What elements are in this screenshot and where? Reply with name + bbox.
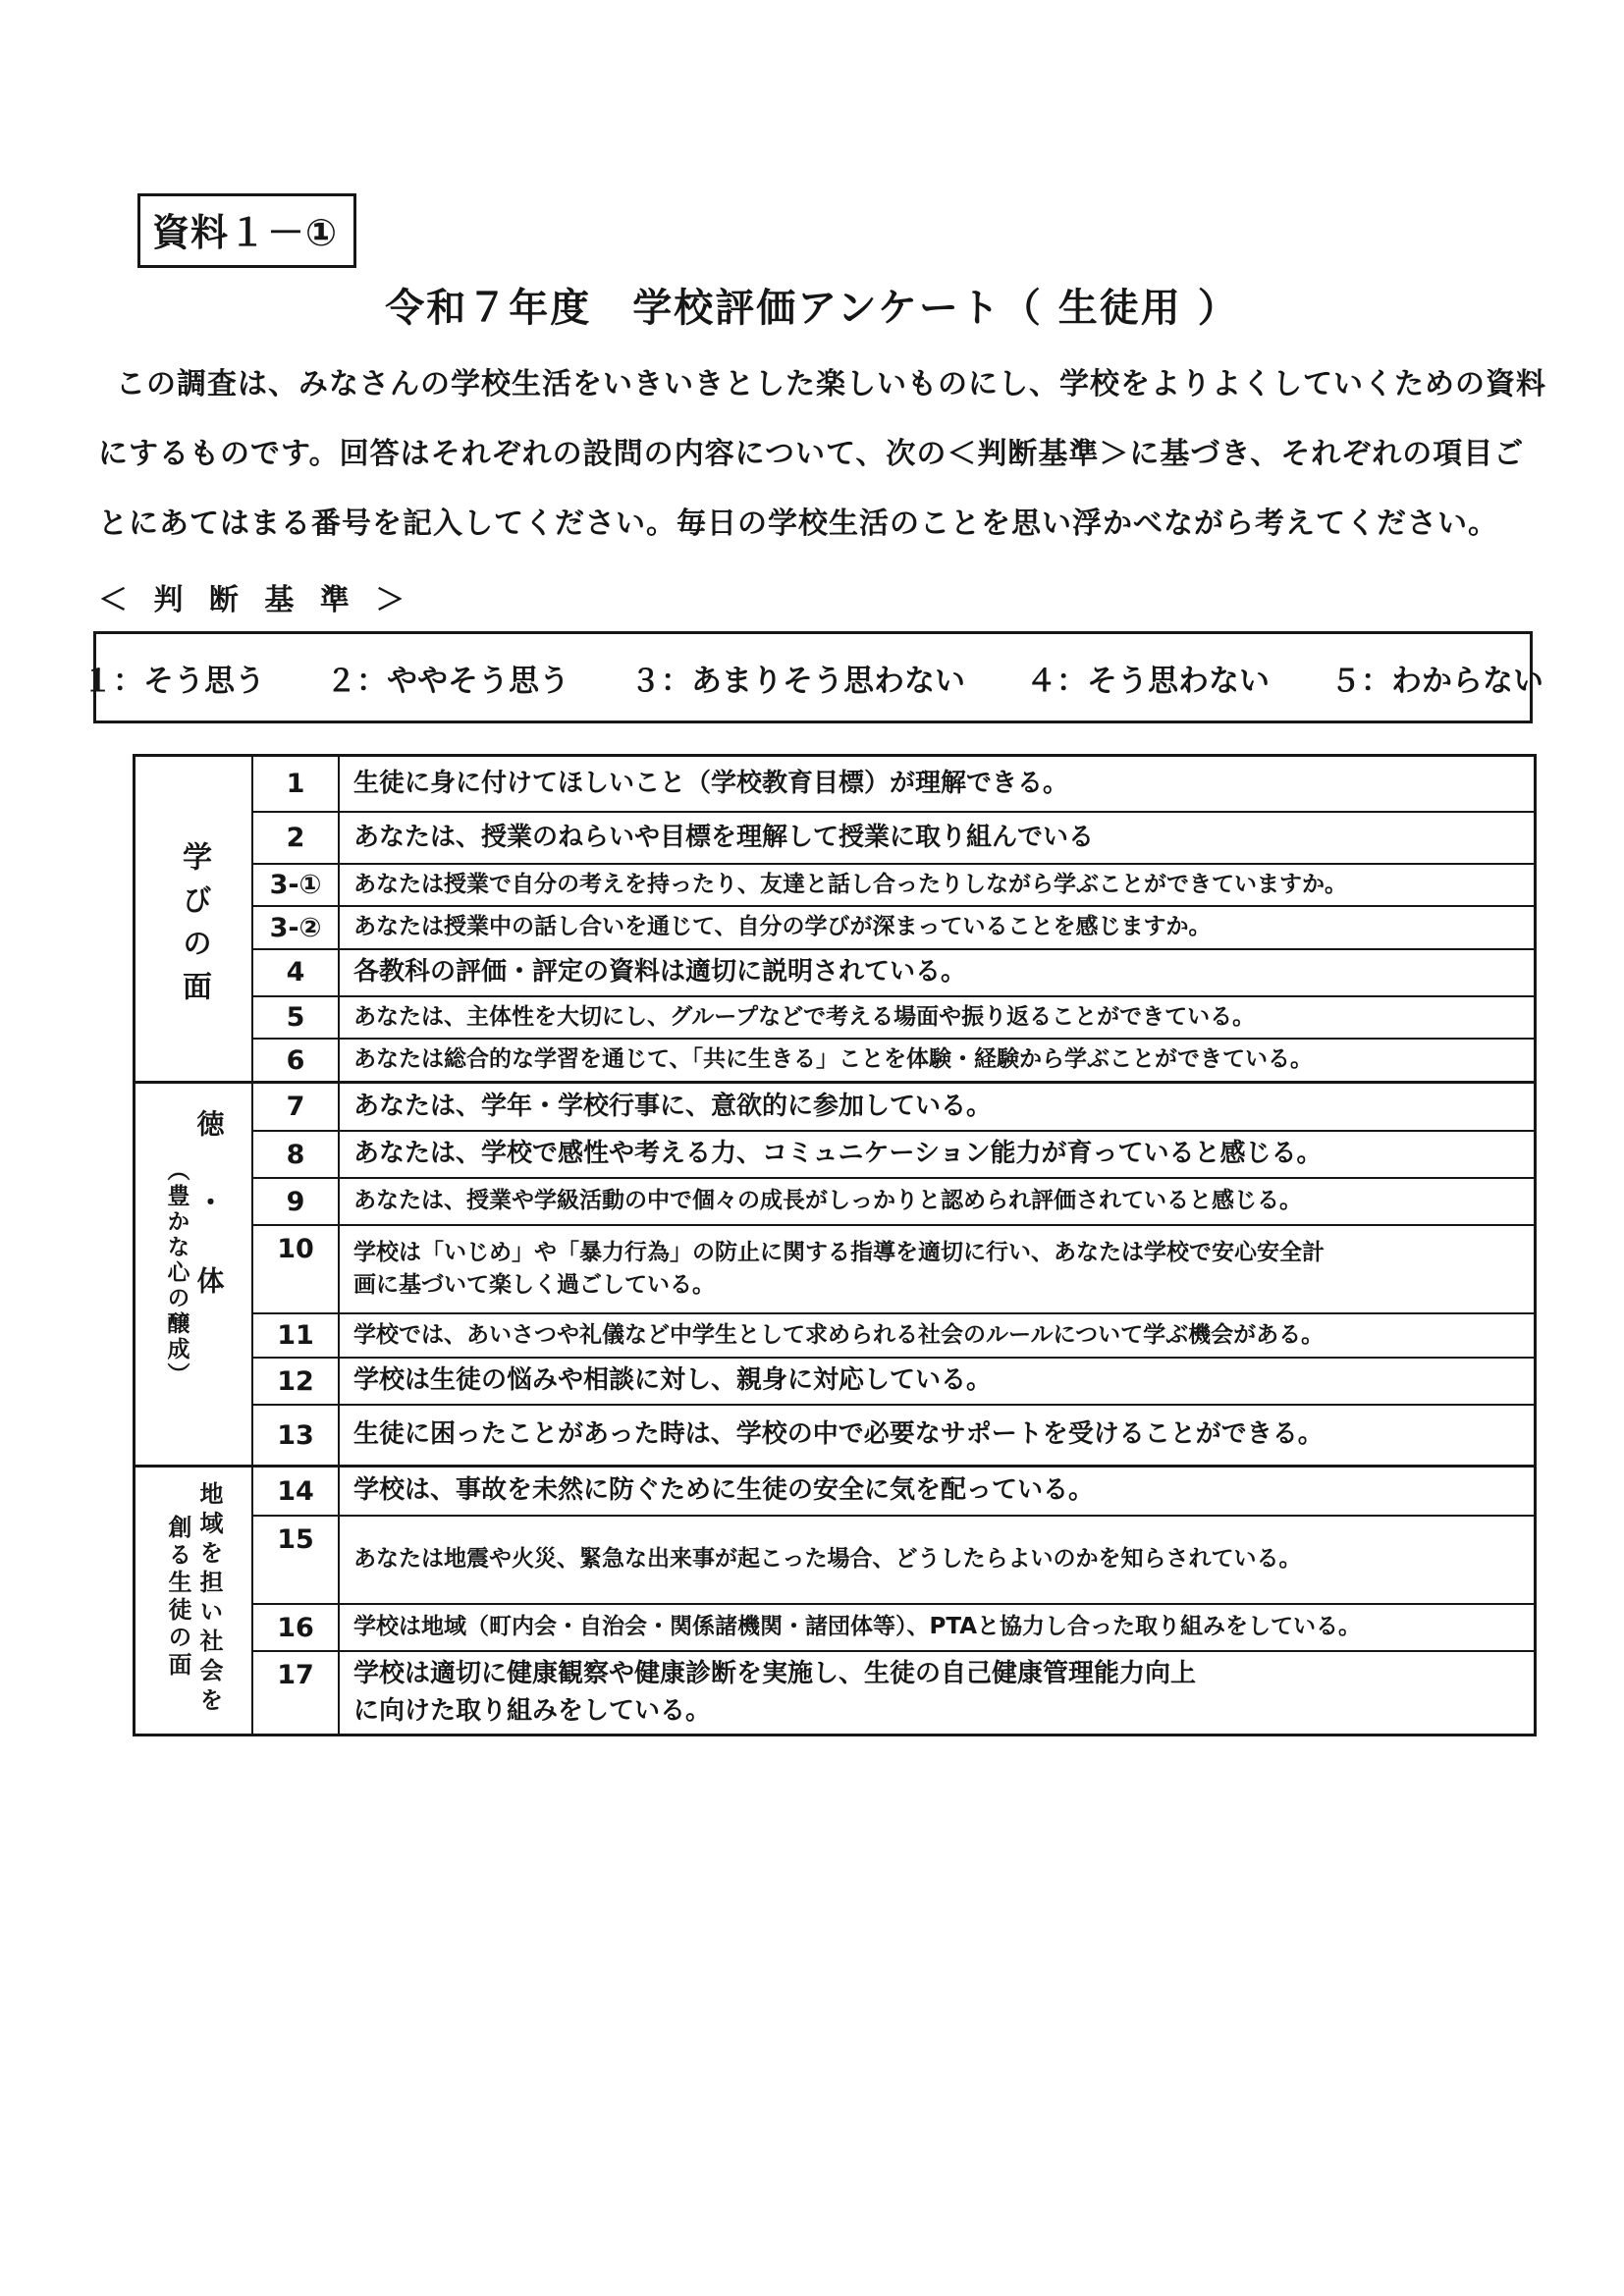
category-label-community: 地域を担い社会を bbox=[197, 1481, 221, 1717]
row-number: 15 bbox=[253, 1517, 340, 1603]
survey-row: 5 あなたは、主体性を大切にし、グループなどで考える場面や振り返ることができてい… bbox=[253, 995, 1534, 1038]
survey-row: 10 学校は「いじめ」や「暴力行為」の防止に関する指導を適切に行い、あなたは学校… bbox=[253, 1224, 1534, 1312]
survey-row: 6 あなたは総合的な学習を通じて、「共に生きる」ことを体験・経験から学ぶことがで… bbox=[253, 1038, 1534, 1081]
doc-label-box: 資料１－① bbox=[137, 193, 356, 268]
survey-table: 学びの面 1 生徒に身に付けてほしいこと（学校教育目標）が理解できる。 2 あな… bbox=[133, 754, 1537, 1736]
survey-row: 3-① あなたは授業で自分の考えを持ったり、友達と話し合ったりしながら学ぶことが… bbox=[253, 863, 1534, 905]
question-text: あなたは地震や火災、緊急な出来事が起こった場合、どうしたらよいのかを知らされてい… bbox=[340, 1517, 1534, 1603]
survey-row: 12 学校は生徒の悩みや相談に対し、親身に対応している。 bbox=[253, 1357, 1534, 1404]
question-text: 各教科の評価・評定の資料は適切に説明されている。 bbox=[340, 950, 1534, 995]
row-number: 14 bbox=[253, 1468, 340, 1515]
question-text: あなたは総合的な学習を通じて、「共に生きる」ことを体験・経験から学ぶことができて… bbox=[340, 1040, 1534, 1081]
survey-row: 1 生徒に身に付けてほしいこと（学校教育目標）が理解できる。 bbox=[253, 757, 1534, 811]
row-number: 9 bbox=[253, 1179, 340, 1224]
row-number: 6 bbox=[253, 1040, 340, 1081]
question-text: 学校は生徒の悩みや相談に対し、親身に対応している。 bbox=[340, 1359, 1534, 1404]
question-text: 生徒に身に付けてほしいこと（学校教育目標）が理解できる。 bbox=[340, 757, 1534, 811]
question-text: あなたは授業で自分の考えを持ったり、友達と話し合ったりしながら学ぶことができてい… bbox=[340, 865, 1534, 905]
survey-row: 4 各教科の評価・評定の資料は適切に説明されている。 bbox=[253, 948, 1534, 995]
questionnaire-page: 資料１－① 令和７年度 学校評価アンケート（ 生徒用 ） この調査は、みなさんの… bbox=[0, 0, 1624, 2296]
intro-paragraph: この調査は、みなさんの学校生活をいきいきとした楽しいものにし、学校をよりよくして… bbox=[98, 349, 1512, 559]
criteria-heading: ＜ 判 断 基 準 ＞ bbox=[98, 575, 412, 618]
category-cell-learning: 学びの面 bbox=[135, 757, 253, 1081]
survey-row: 14 学校は、事故を未然に防ぐために生徒の安全に気を配っている。 bbox=[253, 1468, 1534, 1515]
row-number: 5 bbox=[253, 997, 340, 1038]
question-text: あなたは、授業や学級活動の中で個々の成長がしっかりと認められ評価されていると感じ… bbox=[340, 1179, 1534, 1224]
question-text: あなたは授業中の話し合いを通じて、自分の学びが深まっていることを感じますか。 bbox=[340, 907, 1534, 947]
question-text: あなたは、学年・学校行事に、意欲的に参加している。 bbox=[340, 1084, 1534, 1130]
survey-row: 3-② あなたは授業中の話し合いを通じて、自分の学びが深まっていることを感じます… bbox=[253, 905, 1534, 947]
row-number: 3-① bbox=[253, 865, 340, 905]
row-number: 4 bbox=[253, 950, 340, 995]
question-text: 学校では、あいさつや礼儀など中学生として求められる社会のルールについて学ぶ機会が… bbox=[340, 1314, 1534, 1357]
survey-row: 17 学校は適切に健康観察や健康診断を実施し、生徒の自己健康管理能力向上 に向け… bbox=[253, 1650, 1534, 1734]
survey-row: 7 あなたは、学年・学校行事に、意欲的に参加している。 bbox=[253, 1084, 1534, 1130]
question-text: 学校は、事故を未然に防ぐために生徒の安全に気を配っている。 bbox=[340, 1468, 1534, 1515]
question-text: 学校は適切に健康観察や健康診断を実施し、生徒の自己健康管理能力向上 に向けた取り… bbox=[340, 1652, 1534, 1734]
doc-label: 資料１－① bbox=[152, 211, 338, 254]
intro-line: この調査は、みなさんの学校生活をいきいきとした楽しいものにし、学校をよりよくして… bbox=[98, 349, 1512, 419]
row-number: 16 bbox=[253, 1605, 340, 1650]
page-title: 令和７年度 学校評価アンケート（ 生徒用 ） bbox=[0, 277, 1624, 333]
category-cell-moral-physical: 徳・体 （豊かな心の醸成） bbox=[135, 1084, 253, 1465]
row-number: 11 bbox=[253, 1314, 340, 1357]
category-label-moral-physical: 徳・体 bbox=[195, 1109, 223, 1388]
row-number: 1 bbox=[253, 757, 340, 811]
question-text: あなたは、主体性を大切にし、グループなどで考える場面や振り返ることができている。 bbox=[340, 997, 1534, 1038]
row-number: 3-② bbox=[253, 907, 340, 947]
row-number: 17 bbox=[253, 1652, 340, 1734]
row-number: 2 bbox=[253, 813, 340, 863]
intro-line: にするものです。回答はそれぞれの設問の内容について、次の＜判断基準＞に基づき、そ… bbox=[98, 419, 1512, 489]
category-sublabel-moral-physical: （豊かな心の醸成） bbox=[165, 1158, 188, 1388]
group-community: 地域を担い社会を 創る生徒の面 14 学校は、事故を未然に防ぐために生徒の安全に… bbox=[135, 1465, 1534, 1734]
question-text: 生徒に困ったことがあった時は、学校の中で必要なサポートを受けることができる。 bbox=[340, 1406, 1534, 1465]
category-label-learning: 学びの面 bbox=[179, 841, 208, 1014]
survey-row: 15 あなたは地震や火災、緊急な出来事が起こった場合、どうしたらよいのかを知らさ… bbox=[253, 1515, 1534, 1603]
row-number: 13 bbox=[253, 1406, 340, 1465]
row-number: 7 bbox=[253, 1084, 340, 1130]
criteria-box: １：そう思う ２：ややそう思う ３：あまりそう思わない ４：そう思わない ５：わ… bbox=[93, 631, 1533, 723]
question-text: 学校は地域（町内会・自治会・関係諸機関・諸団体等）、PTAと協力し合った取り組み… bbox=[340, 1605, 1534, 1650]
row-number: 10 bbox=[253, 1226, 340, 1312]
survey-row: 11 学校では、あいさつや礼儀など中学生として求められる社会のルールについて学ぶ… bbox=[253, 1312, 1534, 1357]
row-number: 12 bbox=[253, 1359, 340, 1404]
criteria-scale-text: １：そう思う ２：ややそう思う ３：あまりそう思わない ４：そう思わない ５：わ… bbox=[82, 656, 1543, 700]
group-learning: 学びの面 1 生徒に身に付けてほしいこと（学校教育目標）が理解できる。 2 あな… bbox=[135, 757, 1534, 1081]
survey-row: 8 あなたは、学校で感性や考える力、コミュニケーション能力が育っていると感じる。 bbox=[253, 1130, 1534, 1177]
category-sublabel-community: 創る生徒の面 bbox=[166, 1515, 189, 1717]
question-text: あなたは、学校で感性や考える力、コミュニケーション能力が育っていると感じる。 bbox=[340, 1132, 1534, 1177]
survey-row: 9 あなたは、授業や学級活動の中で個々の成長がしっかりと認められ評価されていると… bbox=[253, 1177, 1534, 1224]
survey-row: 2 あなたは、授業のねらいや目標を理解して授業に取り組んでいる bbox=[253, 811, 1534, 863]
question-text: 学校は「いじめ」や「暴力行為」の防止に関する指導を適切に行い、あなたは学校で安心… bbox=[340, 1226, 1534, 1312]
survey-row: 13 生徒に困ったことがあった時は、学校の中で必要なサポートを受けることができる… bbox=[253, 1404, 1534, 1465]
question-text: あなたは、授業のねらいや目標を理解して授業に取り組んでいる bbox=[340, 813, 1534, 863]
intro-line: とにあてはまる番号を記入してください。毎日の学校生活のことを思い浮かべながら考え… bbox=[98, 489, 1512, 559]
survey-row: 16 学校は地域（町内会・自治会・関係諸機関・諸団体等）、PTAと協力し合った取… bbox=[253, 1603, 1534, 1650]
category-cell-community: 地域を担い社会を 創る生徒の面 bbox=[135, 1468, 253, 1734]
group-moral-physical: 徳・体 （豊かな心の醸成） 7 あなたは、学年・学校行事に、意欲的に参加している… bbox=[135, 1081, 1534, 1465]
row-number: 8 bbox=[253, 1132, 340, 1177]
